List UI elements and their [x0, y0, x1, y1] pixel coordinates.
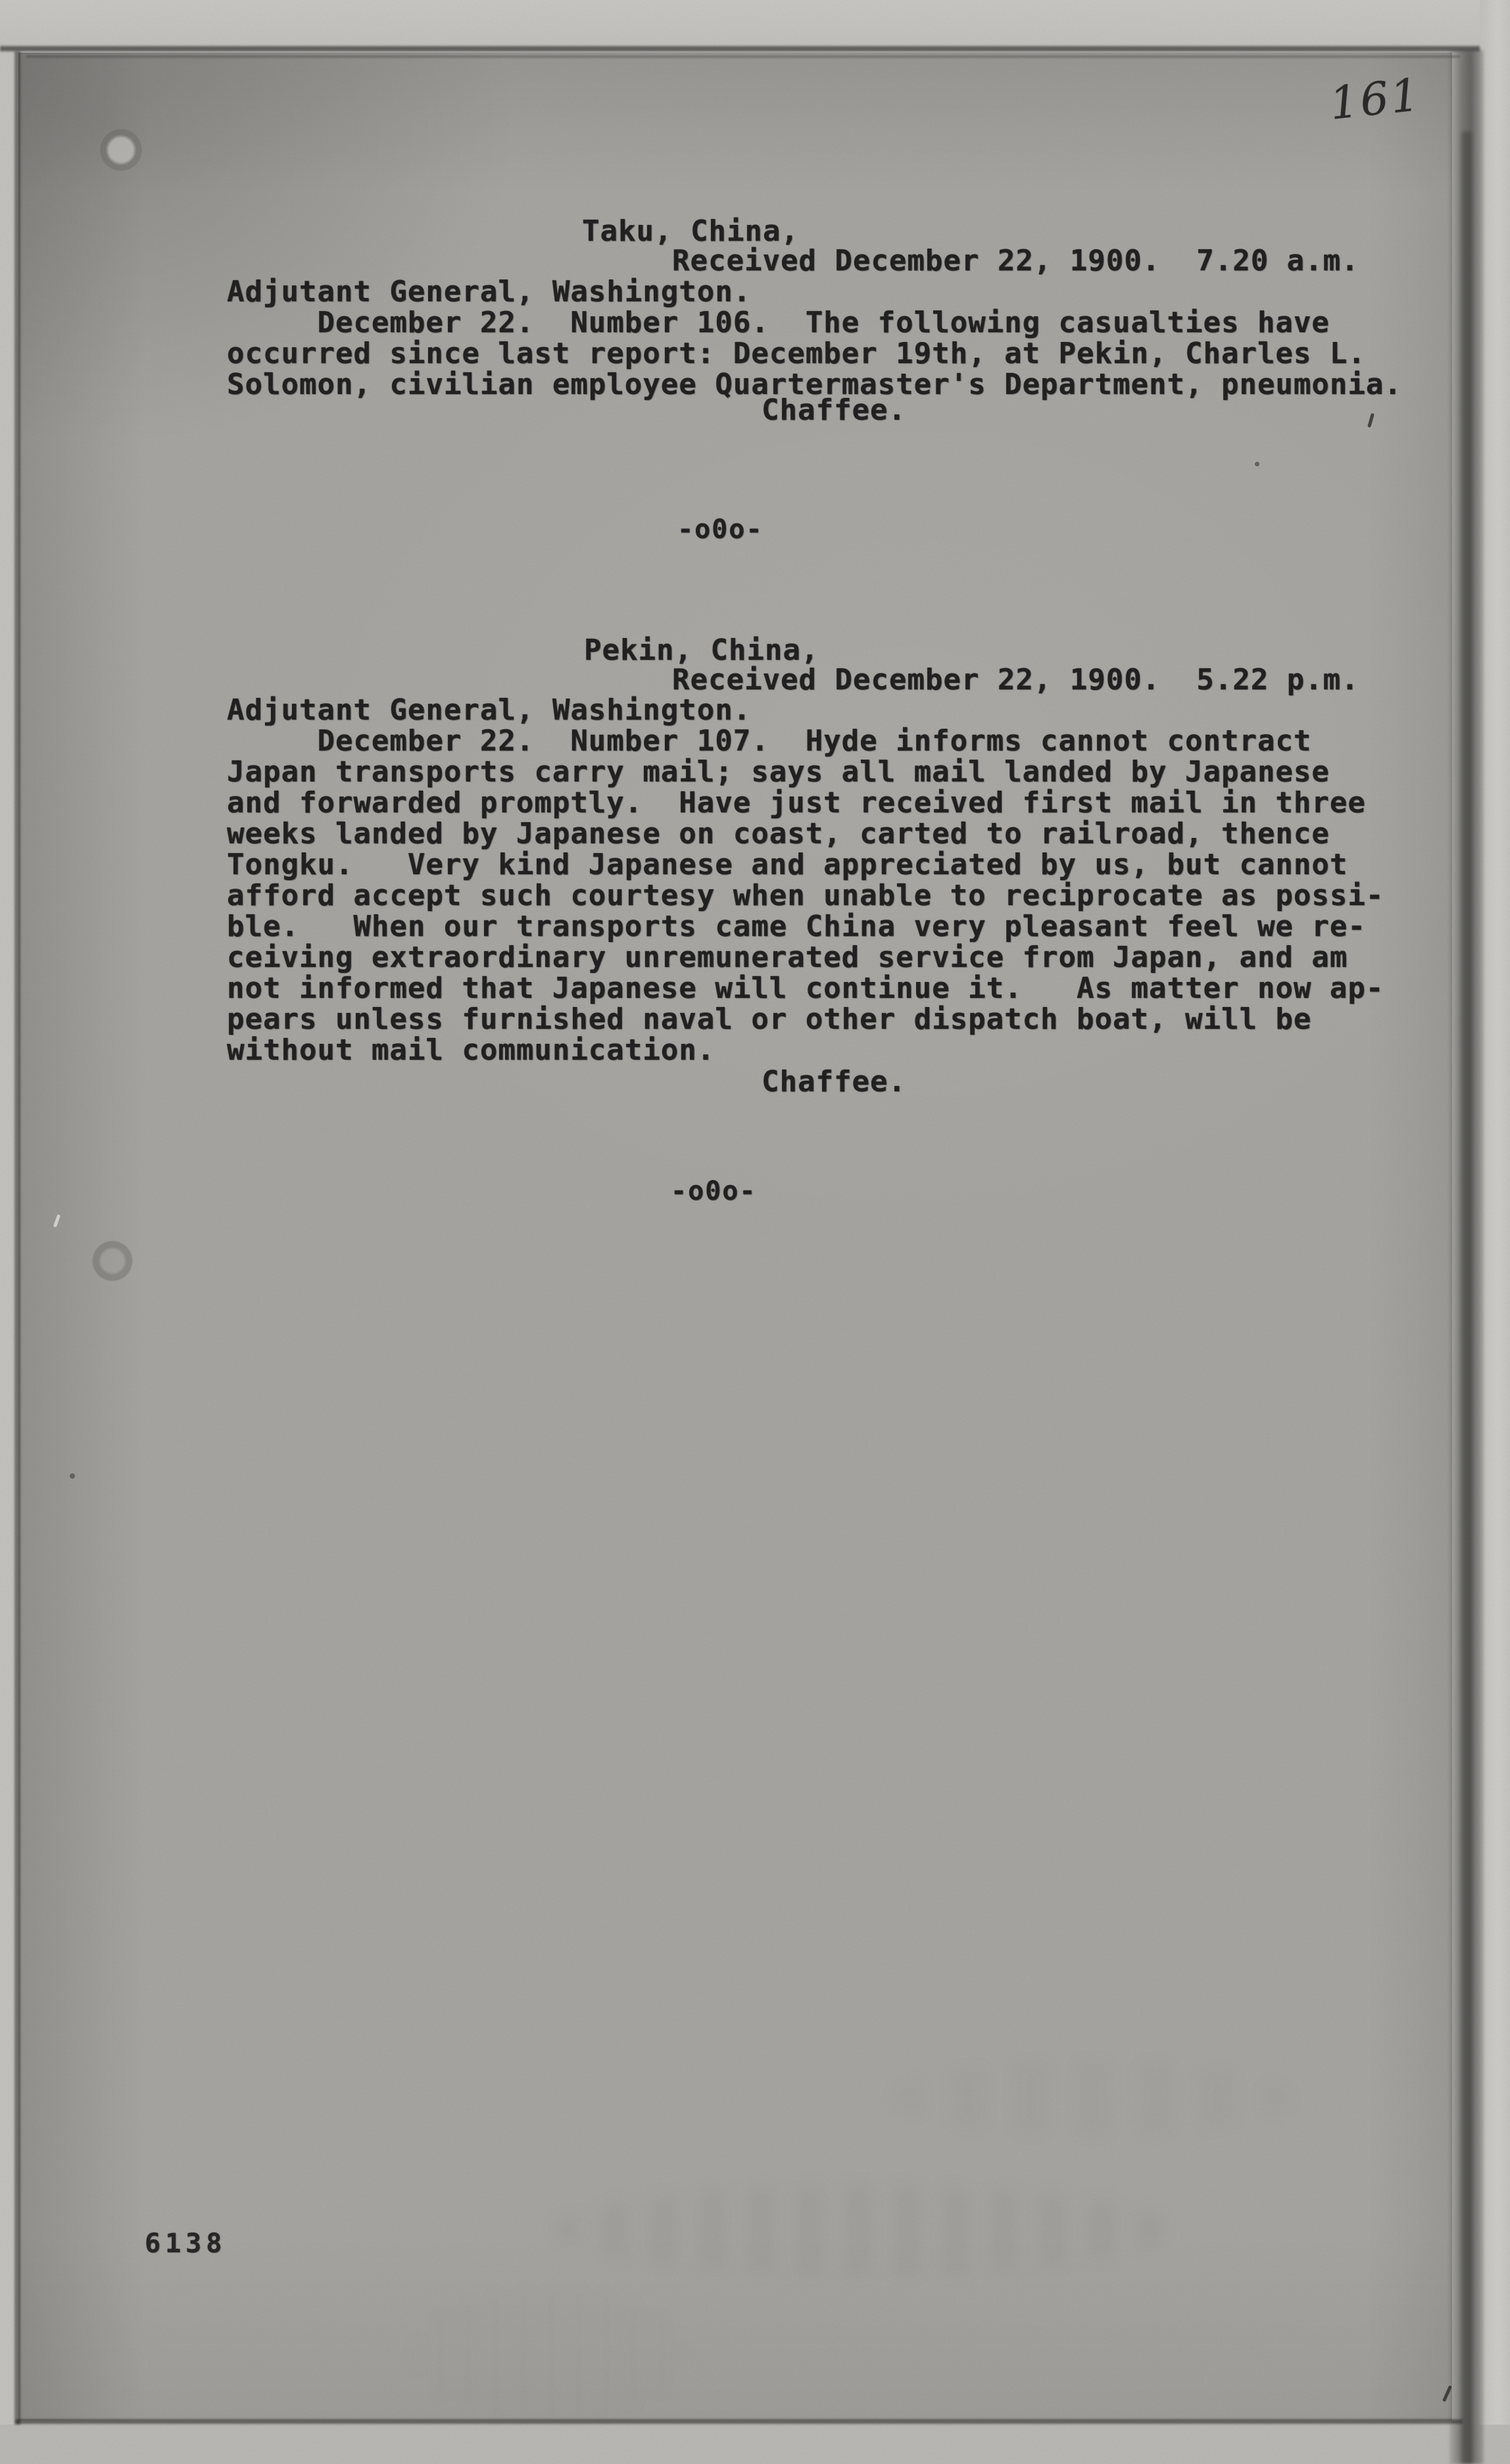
page-edge-right-shadow-core	[1461, 132, 1472, 2464]
telegram-addressee: Adjutant General, Washington.	[227, 276, 751, 307]
page-edge-left	[14, 51, 20, 2425]
page-edge-top-shadow	[26, 55, 1460, 58]
telegram-body: December 22. Number 107. Hyde informs ca…	[227, 726, 1384, 1066]
handwritten-page-number: 161	[1327, 69, 1423, 130]
telegram-received-line: Received December 22, 1900. 5.22 p.m.	[672, 664, 1359, 695]
telegram-addressee: Adjutant General, Washington.	[227, 695, 751, 726]
page-edge-bottom	[16, 2419, 1463, 2424]
telegram-origin: Taku, China,	[582, 216, 799, 247]
paper	[18, 53, 1452, 2421]
ink-speck	[70, 1473, 75, 1479]
bleed-through-smudge	[408, 2282, 691, 2427]
telegram-signature: Chaffee.	[762, 395, 906, 426]
telegram-body: December 22. Number 106. The following c…	[227, 307, 1402, 400]
telegram-signature: Chaffee.	[762, 1066, 906, 1097]
telegram-origin: Pekin, China,	[584, 635, 819, 666]
scanner-background-bottom	[0, 2425, 1510, 2464]
bleed-through-smudge	[552, 2184, 1177, 2276]
hole-punch-ghost	[100, 129, 142, 171]
ink-speck	[1255, 462, 1259, 466]
scanner-background-right	[1480, 0, 1510, 2464]
bleed-through-smudge	[888, 2059, 1296, 2138]
hole-punch-ghost	[92, 1241, 133, 1281]
section-separator: -o0o-	[677, 514, 763, 545]
scanned-telegram-page: 161 Taku, China, Received December 22, 1…	[0, 0, 1510, 2464]
file-number: 6138	[145, 2229, 226, 2259]
scanner-background-top	[0, 0, 1510, 49]
page-edge-top	[0, 46, 1480, 51]
telegram-received-line: Received December 22, 1900. 7.20 a.m.	[672, 245, 1359, 276]
section-separator: -o0o-	[671, 1176, 756, 1207]
